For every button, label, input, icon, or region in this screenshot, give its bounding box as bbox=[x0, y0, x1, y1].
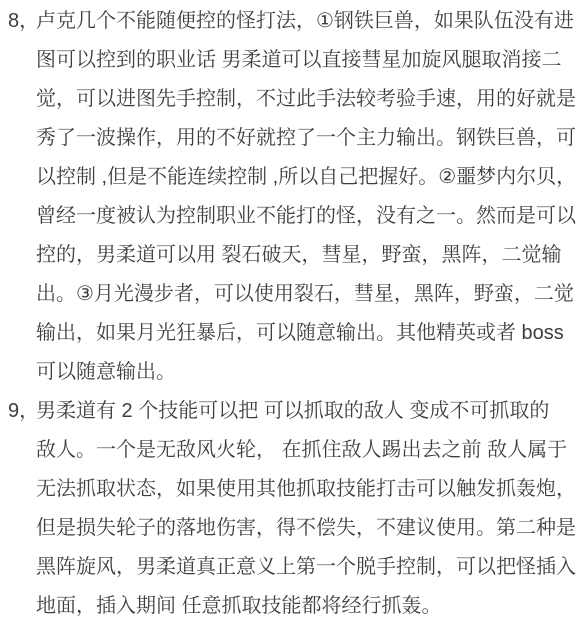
line-text: 黑阵旋风，男柔道真正意义上第一个脱手控制，可以把怪插入 bbox=[36, 556, 576, 578]
paragraph-line: 输出，如果月光狂暴后，可以随意输出。其他精英或者 boss bbox=[8, 314, 576, 353]
paragraph-line: 9，男柔道有 2 个技能可以把 可以抓取的敌人 变成不可抓取的 bbox=[8, 392, 576, 431]
paragraph-line: 觉，可以进图先手控制，不过此手法较考验手速，用的好就是 bbox=[8, 80, 576, 119]
document-body: 8，卢克几个不能随便控的怪打法，①钢铁巨兽，如果队伍没有进图可以控到的职业话 男… bbox=[0, 0, 580, 626]
paragraph-line: 控的，男柔道可以用 裂石破天，彗星，野蛮，黑阵，二觉输 bbox=[8, 236, 576, 275]
list-paragraph-1: 8，卢克几个不能随便控的怪打法，①钢铁巨兽，如果队伍没有进图可以控到的职业话 男… bbox=[8, 2, 576, 392]
list-item-number: 9， bbox=[8, 392, 36, 431]
line-text: 秀了一波操作，用的不好就控了一个主力输出。钢铁巨兽，可 bbox=[36, 127, 576, 149]
paragraph-line: 敌人。一个是无敌风火轮， 在抓住敌人踢出去之前 敌人属于 bbox=[8, 431, 576, 470]
line-text: 图可以控到的职业话 男柔道可以直接彗星加旋风腿取消接二 bbox=[36, 49, 562, 71]
paragraph-line: 8，卢克几个不能随便控的怪打法，①钢铁巨兽，如果队伍没有进 bbox=[8, 2, 576, 41]
line-text: 地面，插入期间 任意抓取技能都将经行抓轰。 bbox=[36, 595, 442, 617]
line-text: 控的，男柔道可以用 裂石破天，彗星，野蛮，黑阵，二觉输 bbox=[36, 244, 562, 266]
line-text: 出。③月光漫步者，可以使用裂石，彗星，黑阵，野蛮，二觉 bbox=[36, 283, 574, 305]
paragraph-line: 以控制 ,但是不能连续控制 ,所以自己把握好。②噩梦内尔贝， bbox=[8, 158, 576, 197]
line-text: 男柔道有 2 个技能可以把 可以抓取的敌人 变成不可抓取的 bbox=[36, 400, 549, 422]
paragraph-line: 黑阵旋风，男柔道真正意义上第一个脱手控制，可以把怪插入 bbox=[8, 548, 576, 587]
list-item-number: 8， bbox=[8, 2, 36, 41]
line-text: 曾经一度被认为控制职业不能打的怪，没有之一。然而是可以 bbox=[36, 205, 576, 227]
line-text: 卢克几个不能随便控的怪打法，①钢铁巨兽，如果队伍没有进 bbox=[36, 10, 574, 32]
paragraph-line: 但是损失轮子的落地伤害，得不偿失，不建议使用。第二种是 bbox=[8, 509, 576, 548]
paragraph-line: 无法抓取状态，如果使用其他抓取技能打击可以触发抓轰炮， bbox=[8, 470, 576, 509]
line-text: 无法抓取状态，如果使用其他抓取技能打击可以触发抓轰炮， bbox=[36, 478, 576, 500]
line-text: 输出，如果月光狂暴后，可以随意输出。其他精英或者 boss bbox=[36, 322, 564, 344]
line-text: 以控制 ,但是不能连续控制 ,所以自己把握好。②噩梦内尔贝， bbox=[36, 166, 576, 188]
list-paragraph-2: 9，男柔道有 2 个技能可以把 可以抓取的敌人 变成不可抓取的敌人。一个是无敌风… bbox=[8, 392, 576, 626]
paragraph-line: 地面，插入期间 任意抓取技能都将经行抓轰。 bbox=[8, 587, 576, 626]
line-text: 敌人。一个是无敌风火轮， 在抓住敌人踢出去之前 敌人属于 bbox=[36, 439, 567, 461]
paragraph-line: 可以随意输出。 bbox=[8, 353, 576, 392]
line-text: 但是损失轮子的落地伤害，得不偿失，不建议使用。第二种是 bbox=[36, 517, 576, 539]
line-text: 可以随意输出。 bbox=[36, 361, 176, 383]
line-text: 觉，可以进图先手控制，不过此手法较考验手速，用的好就是 bbox=[36, 88, 576, 110]
paragraph-line: 曾经一度被认为控制职业不能打的怪，没有之一。然而是可以 bbox=[8, 197, 576, 236]
paragraph-line: 秀了一波操作，用的不好就控了一个主力输出。钢铁巨兽，可 bbox=[8, 119, 576, 158]
paragraph-line: 出。③月光漫步者，可以使用裂石，彗星，黑阵，野蛮，二觉 bbox=[8, 275, 576, 314]
paragraph-line: 图可以控到的职业话 男柔道可以直接彗星加旋风腿取消接二 bbox=[8, 41, 576, 80]
